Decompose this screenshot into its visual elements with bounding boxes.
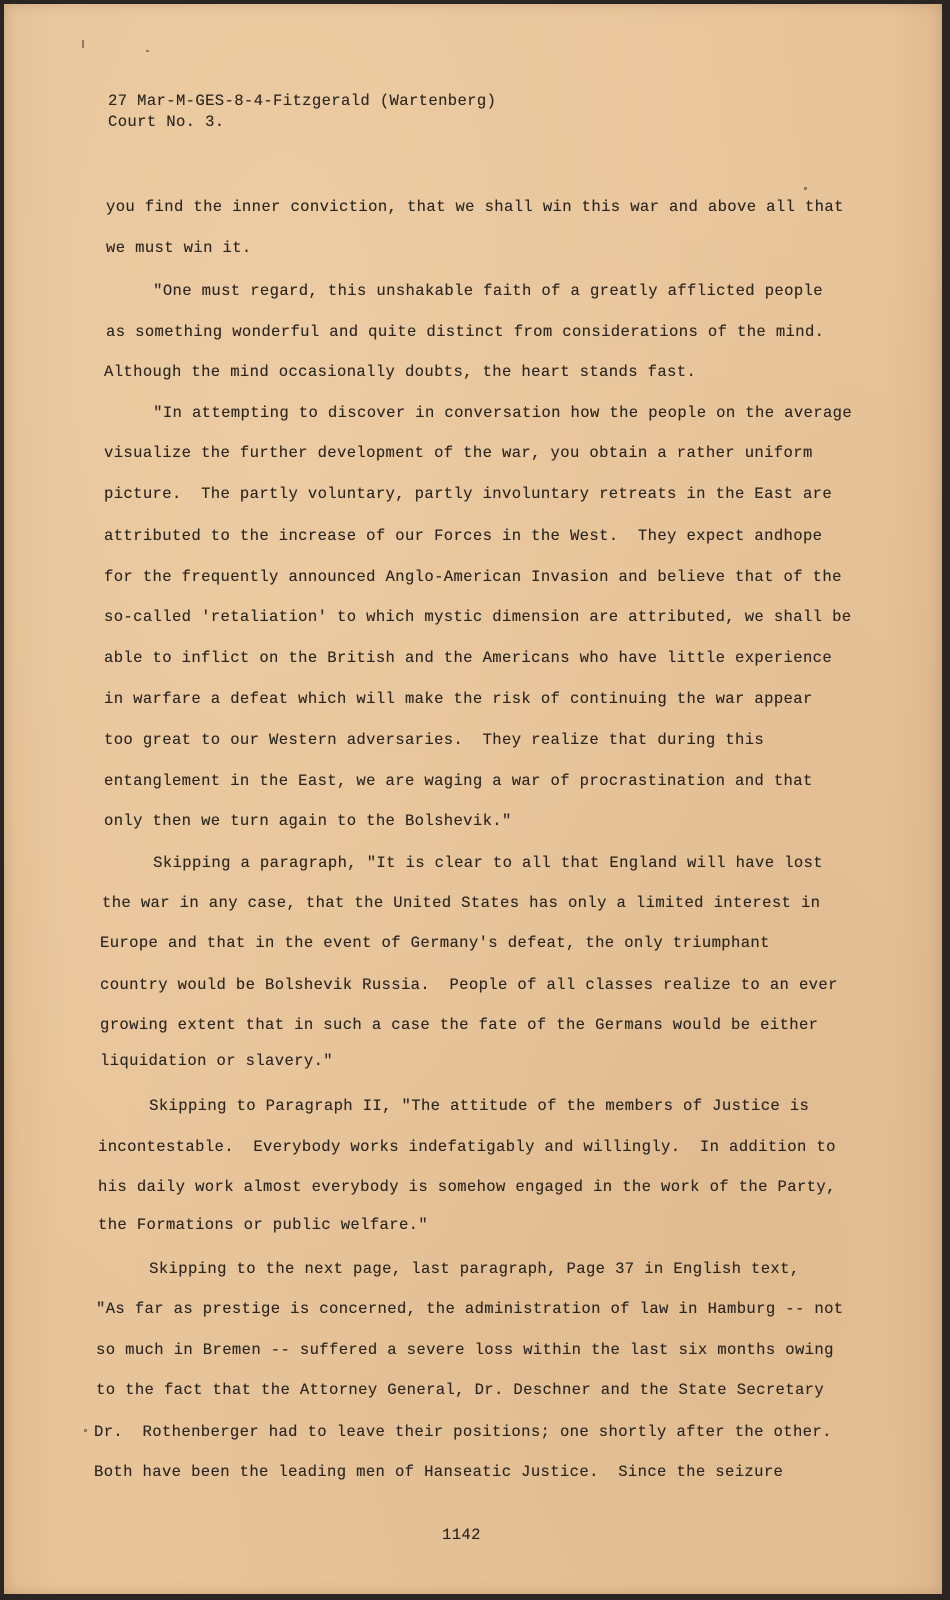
paper-blemish xyxy=(146,50,149,52)
body-line: too great to our Western adversaries. Th… xyxy=(104,731,764,749)
body-line: attributed to the increase of our Forces… xyxy=(104,527,822,545)
body-line: Skipping to Paragraph II, "The attitude … xyxy=(120,1097,809,1115)
body-line: the war in any case, that the United Sta… xyxy=(102,894,820,912)
body-line: we must win it. xyxy=(106,239,252,257)
body-line: "One must regard, this unshakable faith … xyxy=(124,282,823,300)
body-line: picture. The partly voluntary, partly in… xyxy=(104,485,832,503)
body-line: as something wonderful and quite distinc… xyxy=(106,323,824,341)
body-line: "In attempting to discover in conversati… xyxy=(124,404,852,422)
document-page: 27 Mar-M-GES-8-4-Fitzgerald (Wartenberg)… xyxy=(4,4,942,1594)
paper-blemish xyxy=(84,1429,87,1432)
document-header-line-2: Court No. 3. xyxy=(108,113,225,131)
body-line: entanglement in the East, we are waging … xyxy=(104,772,813,790)
body-line: to the fact that the Attorney General, D… xyxy=(96,1381,824,1399)
body-line: Skipping a paragraph, "It is clear to al… xyxy=(124,854,823,872)
body-line: Both have been the leading men of Hansea… xyxy=(94,1463,783,1481)
body-line: country would be Bolshevik Russia. Peopl… xyxy=(100,976,838,994)
body-line: you find the inner conviction, that we s… xyxy=(106,198,844,216)
body-line: incontestable. Everybody works indefatig… xyxy=(98,1138,836,1156)
paper-blemish xyxy=(804,187,807,190)
paper-blemish xyxy=(82,40,84,48)
body-line: liquidation or slavery." xyxy=(100,1052,333,1070)
body-line: Skipping to the next page, last paragrap… xyxy=(120,1260,800,1278)
body-line: for the frequently announced Anglo-Ameri… xyxy=(104,568,842,586)
page-number: 1142 xyxy=(442,1526,481,1544)
body-line: visualize the further development of the… xyxy=(104,444,813,462)
body-line: in warfare a defeat which will make the … xyxy=(104,690,813,708)
body-line: only then we turn again to the Bolshevik… xyxy=(104,812,512,830)
body-line: Dr. Rothenberger had to leave their posi… xyxy=(94,1423,832,1441)
document-header-line-1: 27 Mar-M-GES-8-4-Fitzgerald (Wartenberg) xyxy=(108,92,496,110)
body-line: Although the mind occasionally doubts, t… xyxy=(104,363,696,381)
body-line: "As far as prestige is concerned, the ad… xyxy=(96,1300,844,1318)
body-line: so much in Bremen -- suffered a severe l… xyxy=(96,1341,834,1359)
body-line: his daily work almost everybody is someh… xyxy=(98,1178,836,1196)
body-line: the Formations or public welfare." xyxy=(98,1216,428,1234)
body-line: able to inflict on the British and the A… xyxy=(104,649,832,667)
body-line: Europe and that in the event of Germany'… xyxy=(100,934,770,952)
body-line: growing extent that in such a case the f… xyxy=(100,1016,818,1034)
body-line: so-called 'retaliation' to which mystic … xyxy=(104,608,852,626)
